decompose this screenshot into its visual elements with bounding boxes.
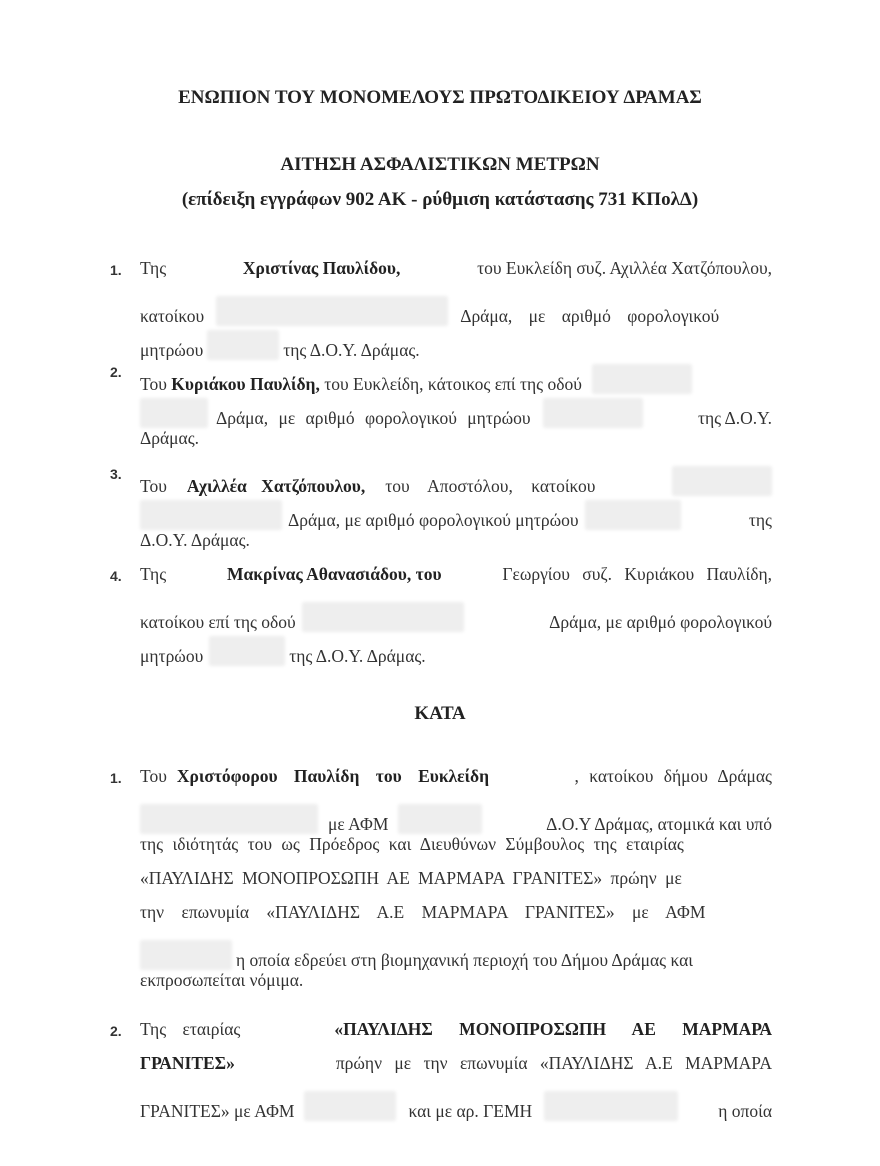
respondent-1-line-7: εκπροσωπείται νόμιμα. bbox=[140, 970, 772, 991]
text: Δράμα, με αριθμό φορολογικού bbox=[460, 306, 719, 327]
text: της bbox=[749, 510, 772, 531]
text: Του bbox=[140, 374, 167, 395]
text: Δράμα, με αριθμό φορολογικού μητρώου bbox=[288, 510, 579, 531]
applicant-1-line-2: κατοίκου Δράμα, με αριθμό φορολογικού bbox=[140, 292, 772, 327]
redacted-tax-id bbox=[304, 1091, 396, 1121]
list-number: 1. bbox=[110, 770, 122, 786]
text: ΓΡΑΝΙΤΕΣ» με ΑΦΜ bbox=[140, 1101, 294, 1122]
text: μητρώου bbox=[140, 646, 203, 667]
text: του Αποστόλου, κατοίκου bbox=[385, 476, 595, 497]
applicant-3-line-1: Του Αχιλλέα Χατζόπουλου, του Αποστόλου, … bbox=[140, 462, 772, 497]
text: πρώην με την επωνυμία «ΠΑΥΛΙΔΗΣ Α.Ε ΜΑΡΜ… bbox=[336, 1053, 772, 1074]
company-name: «ΠΑΥΛΙΔΗΣ ΜΟΝΟΠΡΟΣΩΠΗ ΑΕ ΜΑΡΜΑΡΑ bbox=[334, 1019, 772, 1040]
applicant-4-line-1: Της Μακρίνας Αθανασιάδου, του Γεωργίου σ… bbox=[140, 564, 772, 585]
text: κατοίκου επί της οδού bbox=[140, 612, 296, 633]
text: η οποία bbox=[718, 1101, 772, 1122]
applicant-2-line-2: Δράμα, με αριθμό φορολογικού μητρώου της… bbox=[140, 394, 772, 429]
text: Γεωργίου συζ. Κυριάκου Παυλίδη, bbox=[502, 564, 772, 585]
redacted-street bbox=[140, 398, 208, 428]
text: με ΑΦΜ bbox=[328, 814, 388, 835]
text: κατοίκου bbox=[140, 306, 204, 327]
applicant-name: Αχιλλέα Χατζόπουλου, bbox=[187, 476, 365, 497]
redacted-address bbox=[140, 500, 282, 530]
document-subtitle: (επίδειξη εγγράφων 902 ΑΚ - ρύθμιση κατά… bbox=[0, 189, 880, 211]
applicant-4-line-3: μητρώου της Δ.Ο.Υ. Δράμας. bbox=[140, 632, 772, 667]
respondent-2-line-3: ΓΡΑΝΙΤΕΣ» με ΑΦΜ και με αρ. ΓΕΜΗ η οποία bbox=[140, 1087, 772, 1122]
respondent-1-line-5: την επωνυμία «ΠΑΥΛΙΔΗΣ Α.Ε ΜΑΡΜΑΡΑ ΓΡΑΝΙ… bbox=[140, 902, 772, 923]
respondent-name: Χριστόφορου Παυλίδη του Ευκλείδη bbox=[177, 766, 489, 787]
applicant-3-line-2: Δράμα, με αριθμό φορολογικού μητρώου της bbox=[140, 496, 772, 531]
text: της Δ.Ο.Υ. Δράμας. bbox=[283, 340, 419, 361]
redacted-street bbox=[302, 602, 464, 632]
redacted-tax-id bbox=[207, 330, 279, 360]
respondent-1-line-2: με ΑΦΜ Δ.Ο.Υ Δράμας, ατομικά και υπό bbox=[140, 800, 772, 835]
list-number: 2. bbox=[110, 364, 122, 380]
text: Της bbox=[140, 564, 166, 585]
document-title: ΑΙΤΗΣΗ ΑΣΦΑΛΙΣΤΙΚΩΝ ΜΕΤΡΩΝ bbox=[0, 154, 880, 176]
redacted-gemi-number bbox=[544, 1091, 678, 1121]
text: «ΠΑΥΛΙΔΗΣ ΜΟΝΟΠΡΟΣΩΠΗ ΑΕ ΜΑΡΜΑΡΑ ΓΡΑΝΙΤΕ… bbox=[140, 868, 682, 889]
redacted-tax-id bbox=[140, 940, 232, 970]
respondent-1-line-1: Του Χριστόφορου Παυλίδη του Ευκλείδη , κ… bbox=[140, 766, 772, 787]
list-number: 4. bbox=[110, 568, 122, 584]
text: Δ.Ο.Υ. Δράμας. bbox=[140, 530, 250, 551]
respondent-1-line-6: η οποία εδρεύει στη βιομηχανική περιοχή … bbox=[140, 936, 772, 971]
text: εκπροσωπείται νόμιμα. bbox=[140, 970, 303, 991]
applicant-name: Μακρίνας Αθανασιάδου, του bbox=[227, 564, 442, 585]
text: Της bbox=[140, 258, 166, 279]
applicant-1-line-1: Της Χριστίνας Παυλίδου, του Ευκλείδη συζ… bbox=[140, 258, 772, 279]
against-heading: ΚΑΤΑ bbox=[0, 703, 880, 725]
text: Του bbox=[140, 766, 167, 787]
redacted-address bbox=[672, 466, 772, 496]
court-header: ΕΝΩΠΙΟΝ ΤΟΥ ΜΟΝΟΜΕΛΟΥΣ ΠΡΩΤΟΔΙΚΕΙΟΥ ΔΡΑΜ… bbox=[0, 87, 880, 109]
text: του Ευκλείδη συζ. Αχιλλέα Χατζόπουλου, bbox=[477, 258, 772, 279]
text: η οποία εδρεύει στη βιομηχανική περιοχή … bbox=[236, 950, 693, 971]
redacted-tax-id bbox=[398, 804, 482, 834]
redacted-address bbox=[216, 296, 448, 326]
list-number: 2. bbox=[110, 1023, 122, 1039]
text: της Δ.Ο.Υ. bbox=[698, 408, 772, 429]
respondent-1-line-4: «ΠΑΥΛΙΔΗΣ ΜΟΝΟΠΡΟΣΩΠΗ ΑΕ ΜΑΡΜΑΡΑ ΓΡΑΝΙΤΕ… bbox=[140, 868, 772, 889]
company-name: ΓΡΑΝΙΤΕΣ» bbox=[140, 1053, 235, 1074]
applicant-name: Χριστίνας Παυλίδου, bbox=[243, 258, 401, 279]
list-number: 3. bbox=[110, 466, 122, 482]
text: και με αρ. ΓΕΜΗ bbox=[408, 1101, 532, 1122]
text: της ιδιότητάς του ως Πρόεδρος και Διευθύ… bbox=[140, 834, 684, 855]
text: της Δ.Ο.Υ. Δράμας. bbox=[289, 646, 425, 667]
respondent-1-line-3: της ιδιότητάς του ως Πρόεδρος και Διευθύ… bbox=[140, 834, 772, 855]
applicant-2-line-3: Δράμας. bbox=[140, 428, 772, 449]
list-number: 1. bbox=[110, 262, 122, 278]
applicant-name: Κυριάκου Παυλίδη, bbox=[171, 374, 320, 395]
text: την επωνυμία «ΠΑΥΛΙΔΗΣ Α.Ε ΜΑΡΜΑΡΑ ΓΡΑΝΙ… bbox=[140, 902, 705, 923]
text: του Ευκλείδη, κάτοικος επί της οδού bbox=[324, 374, 582, 395]
text: Της εταιρίας bbox=[140, 1019, 240, 1040]
redacted-street bbox=[592, 364, 692, 394]
text: Δράμα, με αριθμό φορολογικού μητρώου bbox=[216, 408, 531, 429]
text: , κατοίκου δήμου Δράμας bbox=[574, 766, 772, 787]
text: μητρώου bbox=[140, 340, 203, 361]
applicant-4-line-2: κατοίκου επί της οδού Δράμα, με αριθμό φ… bbox=[140, 598, 772, 633]
text: Δράμας. bbox=[140, 428, 199, 449]
text-wrap: Δράμα, με αριθμό φορολογικού bbox=[460, 306, 772, 327]
applicant-3-line-3: Δ.Ο.Υ. Δράμας. bbox=[140, 530, 772, 551]
respondent-2-line-1: Της εταιρίας «ΠΑΥΛΙΔΗΣ ΜΟΝΟΠΡΟΣΩΠΗ ΑΕ ΜΑ… bbox=[140, 1019, 772, 1040]
document-page: ΕΝΩΠΙΟΝ ΤΟΥ ΜΟΝΟΜΕΛΟΥΣ ΠΡΩΤΟΔΙΚΕΙΟΥ ΔΡΑΜ… bbox=[0, 0, 880, 1166]
text: Δράμα, με αριθμό φορολογικού bbox=[549, 612, 772, 633]
text: Δ.Ο.Υ Δράμας, ατομικά και υπό bbox=[546, 814, 772, 835]
redacted-tax-id bbox=[543, 398, 643, 428]
applicant-2-line-1: Του Κυριάκου Παυλίδη, του Ευκλείδη, κάτο… bbox=[140, 360, 772, 395]
redacted-address bbox=[140, 804, 318, 834]
applicant-1-line-3: μητρώου της Δ.Ο.Υ. Δράμας. bbox=[140, 326, 772, 361]
redacted-tax-id bbox=[585, 500, 681, 530]
redacted-tax-id bbox=[209, 636, 285, 666]
respondent-2-line-2: ΓΡΑΝΙΤΕΣ» πρώην με την επωνυμία «ΠΑΥΛΙΔΗ… bbox=[140, 1053, 772, 1074]
text: Του bbox=[140, 476, 167, 497]
